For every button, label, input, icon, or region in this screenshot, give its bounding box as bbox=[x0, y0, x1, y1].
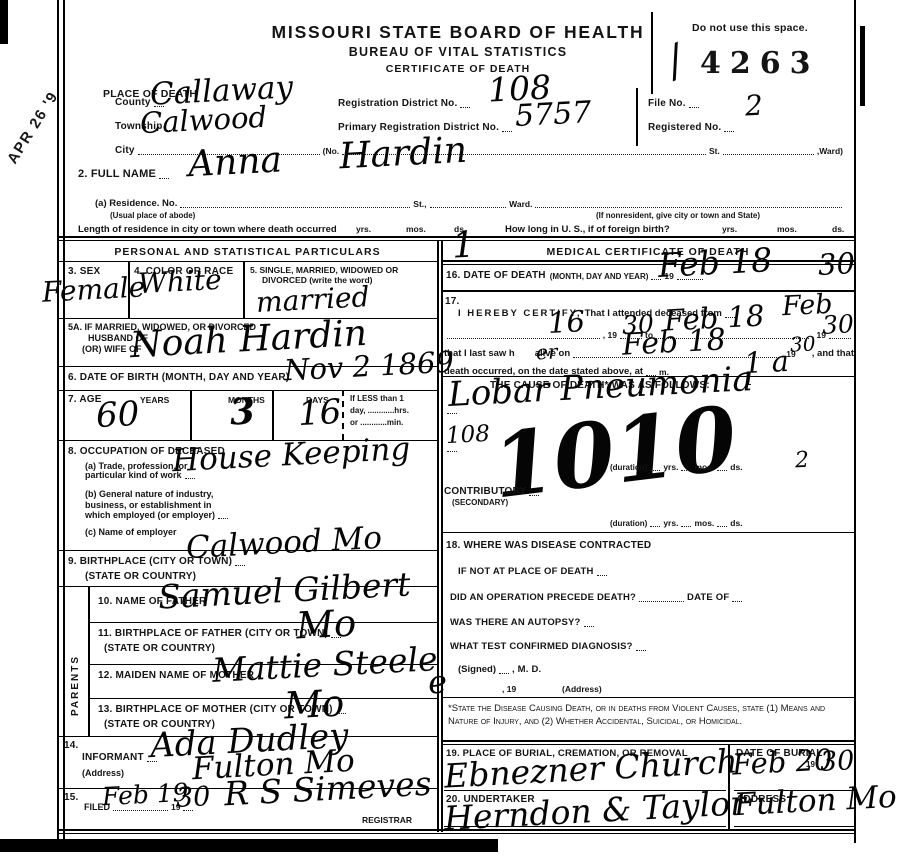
rule bbox=[88, 622, 437, 623]
dotted-line bbox=[639, 598, 684, 602]
dotted-line bbox=[584, 623, 594, 627]
last-saw-label1: that I last saw h bbox=[444, 348, 515, 359]
certificate-number: 4263 bbox=[700, 46, 820, 81]
dotted-line bbox=[650, 467, 660, 471]
dotted-line bbox=[529, 492, 539, 496]
dob-label: 6. DATE OF BIRTH (MONTH, DAY AND YEAR) bbox=[68, 372, 289, 383]
if-not-label: IF NOT AT PLACE OF DEATH bbox=[458, 566, 594, 577]
yrs-label: yrs. bbox=[722, 224, 737, 234]
form-left-border-outer bbox=[57, 0, 59, 845]
scan-artifact-bottom-bar bbox=[0, 839, 498, 852]
operation-label: DID AN OPERATION PRECEDE DEATH? bbox=[450, 592, 636, 603]
registrar-signature: R S Simeves bbox=[223, 767, 432, 811]
and-that-label: , and that bbox=[812, 348, 854, 359]
township-value: Calwood bbox=[139, 103, 267, 139]
date-of-label: DATE OF bbox=[687, 592, 729, 603]
last-saw-year: 30 bbox=[789, 333, 815, 354]
rule bbox=[441, 264, 856, 265]
occupation-b-line1: (b) General nature of industry, bbox=[85, 489, 213, 499]
full-name-label: 2. FULL NAME bbox=[78, 168, 156, 180]
registrar-label: REGISTRAR bbox=[362, 815, 412, 825]
less-than-line3: or ............min. bbox=[350, 418, 403, 427]
occupation-b-row: which employed (or employer) bbox=[85, 510, 433, 520]
stray-scrawl-mark: e bbox=[427, 666, 448, 699]
undertaker-address-value: Fulton Mo bbox=[733, 782, 897, 821]
section-17-number: 17. bbox=[445, 296, 460, 307]
attended-to-year: 30 bbox=[821, 311, 854, 338]
father-birthplace-label2: (STATE OR COUNTRY) bbox=[104, 643, 215, 654]
occupation-c-label: (c) Name of employer bbox=[85, 527, 177, 537]
header-divider bbox=[651, 12, 653, 94]
cell-divider bbox=[342, 390, 346, 440]
occupation-b-line2: business, or establishment in bbox=[85, 500, 212, 510]
attended-from-day: 16 bbox=[547, 307, 585, 338]
yrs-label: yrs. bbox=[663, 518, 678, 528]
form-title: MISSOURI STATE BOARD OF HEALTH bbox=[258, 22, 658, 43]
length-residence-label: Length of residence in city or town wher… bbox=[78, 224, 337, 235]
yrs-label: yrs. bbox=[663, 462, 678, 472]
file-no-divider bbox=[636, 88, 638, 146]
dotted-line bbox=[717, 467, 727, 471]
signed-address-label: (Address) bbox=[562, 684, 602, 694]
scan-artifact-right bbox=[860, 26, 865, 106]
occupation-b-line3: which employed (or employer) bbox=[85, 510, 215, 520]
dotted-line bbox=[218, 515, 228, 519]
rule bbox=[734, 826, 854, 827]
age-months-value: 3 bbox=[229, 393, 256, 430]
race-value: White bbox=[137, 266, 222, 298]
medical-section-title: MEDICAL CERTIFICATE OF DEATH bbox=[441, 246, 855, 258]
contributory-label: CONTRIBUTORY bbox=[444, 486, 526, 497]
date-of-burial-value: Feb 20 bbox=[731, 745, 833, 779]
duration-label: (duration) bbox=[610, 463, 647, 472]
test-label: WHAT TEST CONFIRMED DIAGNOSIS? bbox=[450, 641, 633, 652]
dotted-line bbox=[681, 523, 691, 527]
date-of-death-year: 30 bbox=[817, 249, 855, 280]
rule bbox=[441, 697, 856, 698]
dotted-line bbox=[724, 128, 734, 132]
ds-label: ds. bbox=[730, 462, 742, 472]
how-long-us-label: How long in U. S., if of foreign birth? bbox=[505, 224, 670, 235]
dotted-line bbox=[597, 572, 607, 576]
marital-value: married bbox=[255, 283, 370, 317]
signed-label: (Signed) bbox=[458, 664, 496, 675]
cell-divider bbox=[243, 261, 245, 318]
dotted-line bbox=[650, 523, 660, 527]
dotted-line bbox=[447, 410, 457, 414]
form-certificate-label: CERTIFICATE OF DEATH bbox=[258, 63, 658, 75]
registered-no-label: Registered No. bbox=[648, 122, 721, 133]
informant-address-label: (Address) bbox=[82, 768, 124, 778]
autopsy-row: WAS THERE AN AUTOPSY? bbox=[450, 617, 850, 628]
dotted-line bbox=[689, 104, 699, 108]
sex-value: Female bbox=[41, 273, 146, 306]
dotted-line bbox=[717, 523, 727, 527]
form-right-border bbox=[854, 0, 856, 843]
city-st-label: St. bbox=[709, 146, 720, 156]
dotted-line bbox=[159, 175, 169, 179]
handwritten-check-mark: / bbox=[660, 39, 690, 83]
do-not-use-label: Do not use this space. bbox=[692, 22, 808, 34]
dotted-line bbox=[502, 128, 512, 132]
city-label: City bbox=[115, 145, 135, 156]
informant-number: 14. bbox=[64, 740, 79, 751]
scan-artifact-topleft bbox=[0, 0, 8, 44]
file-no-label: File No. bbox=[648, 98, 686, 109]
registered-no-row: Registered No. bbox=[648, 122, 844, 133]
burial-19-printed: 19 bbox=[806, 760, 815, 769]
parents-label: PARENTS bbox=[70, 655, 81, 716]
duration-row-1: (duration) yrs. mos. ds. bbox=[610, 462, 852, 472]
column-divider bbox=[437, 240, 439, 832]
residence-row: (a) Residence. No. St., Ward. bbox=[95, 198, 845, 209]
residence-ward-label: Ward. bbox=[509, 199, 532, 209]
yrs-label: yrs. bbox=[356, 224, 371, 234]
less-than-line1: If LESS than 1 bbox=[350, 394, 404, 403]
printed-comma-19: , 19 bbox=[502, 684, 516, 694]
dotted-line bbox=[732, 598, 742, 602]
rule bbox=[444, 826, 726, 827]
age-days-value: 16 bbox=[297, 395, 342, 431]
death-certificate-scan: APR 26 '9 MISSOURI STATE BOARD OF HEALTH… bbox=[0, 0, 900, 861]
registered-no-value: 2 bbox=[744, 92, 763, 121]
marital-label-line1: 5. SINGLE, MARRIED, WIDOWED OR bbox=[250, 265, 398, 275]
date-of-death-value: Feb 18 bbox=[657, 243, 773, 282]
filed-year-value: 30 bbox=[175, 783, 211, 812]
less-than-line2: day, ............hrs. bbox=[350, 406, 409, 415]
dotted-line bbox=[180, 204, 410, 208]
dotted-line bbox=[681, 467, 691, 471]
operation-row: DID AN OPERATION PRECEDE DEATH? DATE OF bbox=[450, 592, 850, 603]
father-birthplace-value: Mo bbox=[295, 604, 357, 644]
duration-row-2: (duration) yrs. mos. ds. bbox=[610, 518, 852, 528]
registration-district-label: Registration District No. bbox=[338, 98, 457, 109]
rule bbox=[441, 740, 856, 742]
mos-label: mos. bbox=[406, 224, 426, 234]
city-ward-label: ,Ward) bbox=[817, 146, 843, 156]
rule bbox=[441, 532, 856, 533]
date-of-death-label: 16. DATE OF DEATH bbox=[446, 270, 546, 281]
last-saw-date: Feb 18 bbox=[621, 325, 726, 360]
cell-divider bbox=[128, 261, 130, 318]
rule bbox=[57, 261, 437, 262]
form-bureau: BUREAU OF VITAL STATISTICS bbox=[258, 45, 658, 59]
mother-name-value: Mattie Steele bbox=[211, 642, 438, 687]
date-of-burial-year: 30 bbox=[819, 747, 855, 776]
filed-number: 15. bbox=[64, 792, 79, 803]
mos-label: mos. bbox=[777, 224, 797, 234]
cell-divider bbox=[272, 390, 274, 440]
occupation-a-line2: particular kind of work bbox=[85, 470, 182, 480]
last-saw-her-handwritten: er bbox=[535, 341, 557, 362]
dotted-line bbox=[636, 647, 646, 651]
dob-value: Nov 2 1869 bbox=[283, 348, 454, 386]
stray-mark-one: 1 bbox=[451, 227, 476, 264]
cell-divider bbox=[190, 390, 192, 440]
father-birthplace-label: 11. BIRTHPLACE OF FATHER (CITY OR TOWN) bbox=[98, 628, 328, 639]
dotted-line bbox=[723, 151, 814, 155]
duration-days-value: 2 bbox=[794, 450, 809, 473]
dotted-line bbox=[460, 104, 470, 108]
primary-registration-value: 5757 bbox=[514, 98, 592, 132]
duration-label: (duration) bbox=[610, 519, 647, 528]
dotted-line bbox=[535, 204, 842, 208]
parents-inner-border bbox=[88, 586, 90, 736]
years-label: YEARS bbox=[140, 395, 169, 405]
date-of-death-sub: (MONTH, DAY AND YEAR) bbox=[550, 272, 649, 281]
mos-label: mos. bbox=[694, 518, 714, 528]
md-label: , M. D. bbox=[512, 664, 541, 675]
where-contracted-label: 18. WHERE WAS DISEASE CONTRACTED bbox=[446, 540, 651, 551]
date-stamp: APR 26 '9 bbox=[4, 88, 62, 167]
signed-row: (Signed) , M. D. bbox=[458, 664, 850, 675]
violent-causes-footnote: *State the Disease Causing Death, or in … bbox=[448, 702, 846, 728]
residence-st-label: St., bbox=[413, 199, 426, 209]
age-years-value: 60 bbox=[95, 397, 140, 433]
form-left-border-inner bbox=[63, 0, 65, 845]
printed-comma-19: , 19 bbox=[603, 330, 617, 340]
informant-label: INFORMANT bbox=[82, 752, 144, 763]
rule bbox=[441, 260, 856, 262]
father-birthplace-row: 11. BIRTHPLACE OF FATHER (CITY OR TOWN) bbox=[98, 628, 433, 639]
dotted-line bbox=[430, 204, 507, 208]
mos-label: mos. bbox=[694, 462, 714, 472]
contributory-row: CONTRIBUTORY bbox=[444, 486, 852, 497]
if-not-row: IF NOT AT PLACE OF DEATH bbox=[458, 566, 850, 577]
dotted-line bbox=[447, 448, 457, 452]
ds-label: ds. bbox=[832, 224, 844, 234]
mother-birthplace-row: 13. BIRTHPLACE OF MOTHER (CITY OR TOWN) bbox=[98, 704, 433, 715]
secondary-label: (SECONDARY) bbox=[452, 498, 508, 507]
personal-section-title: PERSONAL AND STATISTICAL PARTICULARS bbox=[58, 246, 437, 258]
dotted-line bbox=[499, 670, 509, 674]
test-row: WHAT TEST CONFIRMED DIAGNOSIS? bbox=[450, 641, 850, 652]
rule bbox=[88, 698, 437, 699]
date-of-death-row: 16. DATE OF DEATH (MONTH, DAY AND YEAR) … bbox=[446, 270, 854, 281]
ds-label: ds. bbox=[730, 518, 742, 528]
nonresident-note: (If nonresident, give city or town and S… bbox=[596, 211, 760, 220]
residence-label: (a) Residence. No. bbox=[95, 198, 177, 209]
cause-code-value: 108 bbox=[445, 423, 490, 448]
abode-note: (Usual place of abode) bbox=[110, 211, 195, 220]
autopsy-label: WAS THERE AN AUTOPSY? bbox=[450, 617, 581, 628]
